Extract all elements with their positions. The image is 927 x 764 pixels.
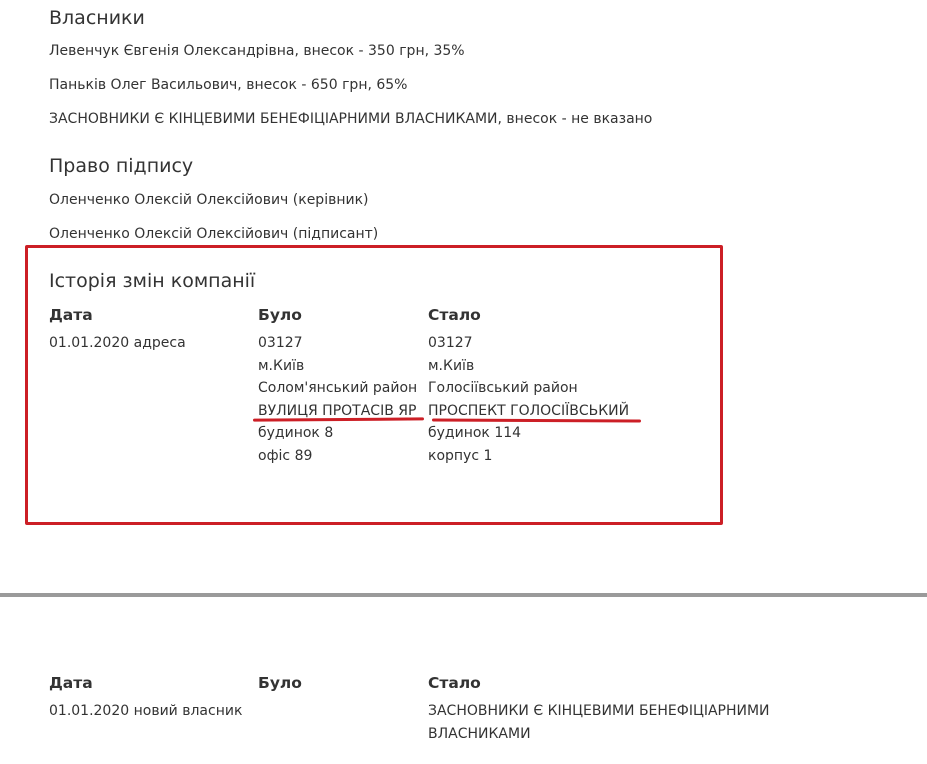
history-entry-became: ЗАСНОВНИКИ Є КІНЦЕВИМИ БЕНЕФІЦІАРНИМИ ВЛ… [428,700,818,745]
owner-item: Левенчук Євгенія Олександрівна, внесок -… [49,42,465,60]
became-line: Голосіївський район [428,377,629,400]
signing-rights-heading: Право підпису [49,154,193,178]
owners-heading: Власники [49,6,145,30]
owner-item: Паньків Олег Васильович, внесок - 650 гр… [49,76,407,94]
was-line: Солом'янський район [258,377,417,400]
was-line: офіс 89 [258,445,417,468]
history-entry-became: 03127 м.Київ Голосіївський район ПРОСПЕК… [428,332,629,467]
column-header-date: Дата [49,673,93,693]
column-header-was: Було [258,305,302,325]
history-heading: Історія змін компанії [49,269,255,293]
history-entry-was: 03127 м.Київ Солом'янський район ВУЛИЦЯ … [258,332,417,467]
became-line: 03127 [428,332,629,355]
owner-item: ЗАСНОВНИКИ Є КІНЦЕВИМИ БЕНЕФІЦІАРНИМИ ВЛ… [49,110,652,128]
section-separator [0,593,927,597]
history-entry-date: 01.01.2020 новий власник [49,700,242,723]
column-header-became: Стало [428,305,481,325]
signer-item: Оленченко Олексій Олексійович (підписант… [49,225,378,243]
became-line: м.Київ [428,355,629,378]
signer-item: Оленченко Олексій Олексійович (керівник) [49,191,369,209]
was-line: будинок 8 [258,422,417,445]
column-header-became: Стало [428,673,481,693]
column-header-was: Було [258,673,302,693]
column-header-date: Дата [49,305,93,325]
became-line: корпус 1 [428,445,629,468]
was-line: 03127 [258,332,417,355]
history-entry-date: 01.01.2020 адреса [49,332,186,355]
was-line: м.Київ [258,355,417,378]
became-line: будинок 114 [428,422,629,445]
